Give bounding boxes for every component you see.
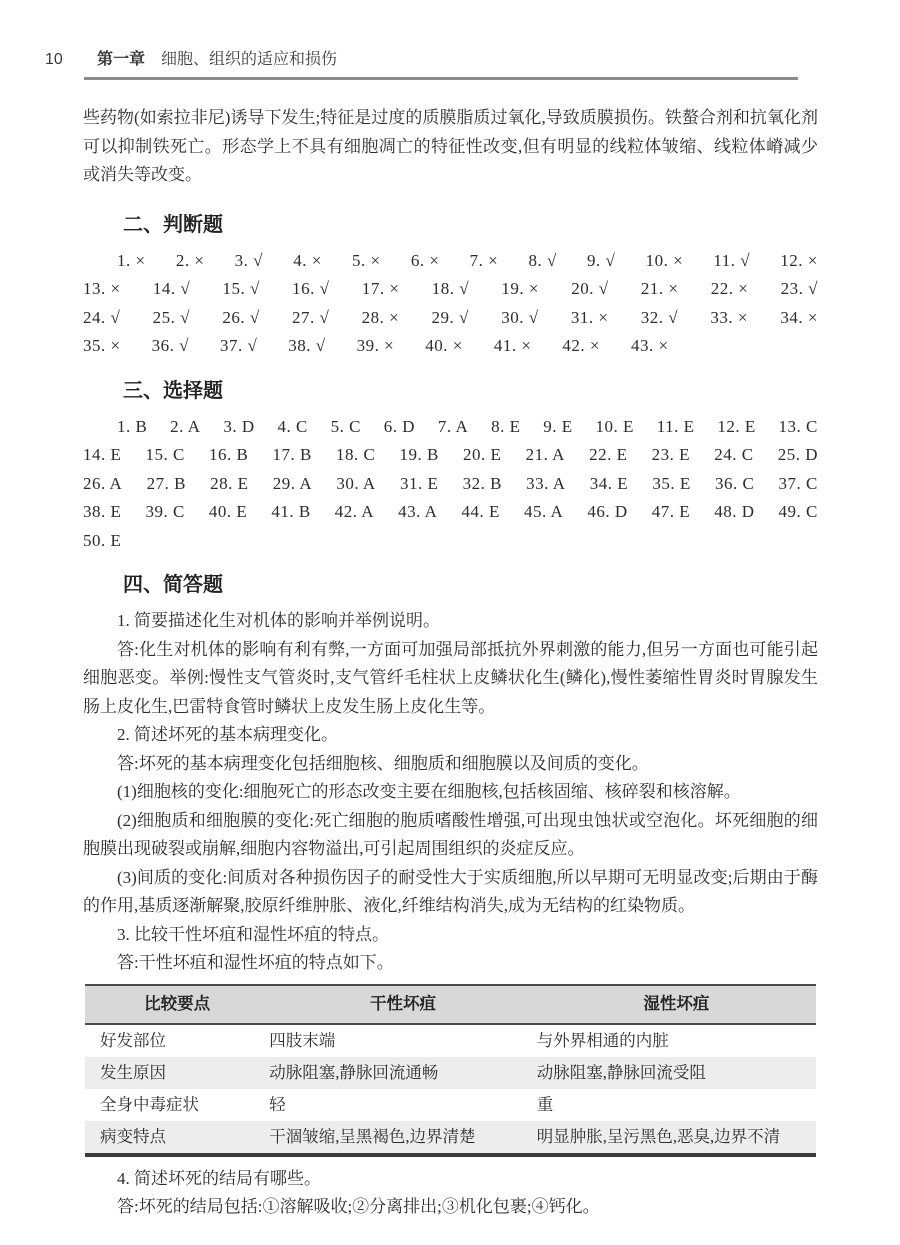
choice-answers-line-5: 50. E (83, 527, 818, 556)
choice-answer: 37. C (779, 470, 818, 499)
judgment-answer: 5. × (352, 247, 381, 276)
choice-answer: 40. E (209, 498, 247, 527)
judgment-answer: 35. × (83, 332, 121, 361)
choice-answer: 44. E (462, 498, 500, 527)
judgment-answer: 9. √ (587, 247, 615, 276)
choice-answer: 20. E (463, 441, 501, 470)
judgment-answer: 3. √ (235, 247, 263, 276)
table-cell-compare-point: 病变特点 (85, 1121, 269, 1153)
choice-answer: 41. B (271, 498, 310, 527)
choice-answer: 32. B (463, 470, 502, 499)
choice-answers-line-2: 14. E15. C16. B17. B18. C19. B20. E21. A… (83, 441, 818, 470)
judgment-answer: 25. √ (153, 304, 190, 333)
choice-answer: 7. A (438, 413, 468, 442)
choice-answer: 11. E (657, 413, 695, 442)
judgment-answer: 24. √ (83, 304, 120, 333)
judgment-answer: 17. × (362, 275, 400, 304)
choice-answer: 21. A (526, 441, 565, 470)
table-row: 全身中毒症状 轻 重 (85, 1089, 816, 1121)
judgment-answer: 20. √ (571, 275, 608, 304)
choice-answer: 34. E (590, 470, 628, 499)
header-rule (84, 77, 798, 80)
judgment-answer: 22. × (711, 275, 749, 304)
table-header-cell: 湿性坏疽 (537, 986, 816, 1023)
table-row: 病变特点 干涸皱缩,呈黑褐色,边界清楚 明显肿胀,呈污黑色,恶臭,边界不清 (85, 1121, 816, 1153)
choice-answer: 2. A (170, 413, 200, 442)
qa-paragraph: 4. 简述坏死的结局有哪些。 (83, 1165, 818, 1194)
choice-answer: 25. D (778, 441, 818, 470)
choice-answer: 30. A (336, 470, 375, 499)
qa-paragraph: 答:坏死的结局包括:①溶解吸收;②分离排出;③机化包裹;④钙化。 (83, 1193, 818, 1222)
choice-answer: 24. C (714, 441, 753, 470)
judgment-answer: 26. √ (222, 304, 259, 333)
choice-answer: 13. C (779, 413, 818, 442)
choice-answers-line-1: 1. B2. A3. D4. C5. C6. D7. A8. E9. E10. … (83, 413, 818, 442)
judgment-answer: 4. × (293, 247, 322, 276)
qa-paragraph: 答:坏死的基本病理变化包括细胞核、细胞质和细胞膜以及间质的变化。 (83, 750, 818, 779)
choice-answer: 10. E (596, 413, 634, 442)
judgment-answer: 27. √ (292, 304, 329, 333)
table-row: 好发部位 四肢末端 与外界相通的内脏 (85, 1025, 816, 1057)
judgment-answer: 12. × (780, 247, 818, 276)
judgment-answer: 36. √ (152, 332, 189, 361)
choice-answers-line-3: 26. A27. B28. E29. A30. A31. E32. B33. A… (83, 470, 818, 499)
choice-answer: 15. C (146, 441, 185, 470)
short-answer-block-after-table: 4. 简述坏死的结局有哪些。答:坏死的结局包括:①溶解吸收;②分离排出;③机化包… (83, 1165, 818, 1222)
page-number: 10 (45, 50, 75, 70)
choice-answer: 14. E (83, 441, 121, 470)
table-cell-dry-gangrene: 轻 (269, 1089, 537, 1121)
choice-answer: 35. E (652, 470, 690, 499)
qa-paragraph: 2. 简述坏死的基本病理变化。 (83, 721, 818, 750)
choice-answer: 18. C (336, 441, 375, 470)
choice-answer: 46. D (587, 498, 627, 527)
judgment-answer: 8. √ (528, 247, 556, 276)
judgment-answer: 40. × (425, 332, 463, 361)
choice-answer: 43. A (398, 498, 437, 527)
judgment-answer: 38. √ (288, 332, 325, 361)
choice-answer: 3. D (223, 413, 254, 442)
page-content: 些药物(如索拉非尼)诱导下发生;特征是过度的质膜脂质过氧化,导致质膜损伤。铁螯合… (83, 104, 818, 1222)
judgment-answer: 14. √ (153, 275, 190, 304)
judgment-answers-line-1: 1. ×2. ×3. √4. ×5. ×6. ×7. ×8. √9. √10. … (83, 247, 818, 276)
judgment-answer: 32. √ (641, 304, 678, 333)
choice-answer: 27. B (147, 470, 186, 499)
table-header-cell: 比较要点 (85, 986, 269, 1023)
chapter-title: 细胞、组织的适应和损伤 (161, 50, 337, 70)
choice-answer: 1. B (117, 413, 147, 442)
choice-answer: 8. E (491, 413, 520, 442)
choice-answer: 26. A (83, 470, 122, 499)
choice-answer: 23. E (652, 441, 690, 470)
judgment-answer: 10. × (646, 247, 684, 276)
judgment-answer: 29. √ (432, 304, 469, 333)
table-cell-dry-gangrene: 动脉阻塞,静脉回流通畅 (269, 1057, 537, 1089)
table-cell-compare-point: 发生原因 (85, 1057, 269, 1089)
judgment-answer: 1. × (117, 247, 146, 276)
judgment-answers-line-4: 35. ×36. √37. √38. √39. ×40. ×41. ×42. ×… (83, 332, 818, 361)
choice-answer: 5. C (331, 413, 361, 442)
choice-answer: 45. A (524, 498, 563, 527)
judgment-answer: 7. × (470, 247, 499, 276)
page-header: 10 第一章 细胞、组织的适应和损伤 (45, 50, 820, 70)
textbook-page: 10 第一章 细胞、组织的适应和损伤 些药物(如索拉非尼)诱导下发生;特征是过度… (0, 0, 900, 1222)
judgment-answer: 16. √ (292, 275, 329, 304)
intro-paragraph: 些药物(如索拉非尼)诱导下发生;特征是过度的质膜脂质过氧化,导致质膜损伤。铁螯合… (83, 104, 818, 190)
choice-answer: 42. A (335, 498, 374, 527)
judgment-answers-line-3: 24. √25. √26. √27. √28. ×29. √30. √31. ×… (83, 304, 818, 333)
table-cell-dry-gangrene: 干涸皱缩,呈黑褐色,边界清楚 (269, 1121, 537, 1153)
judgment-answer: 23. √ (781, 275, 818, 304)
section-heading-choice: 三、选择题 (83, 378, 818, 404)
short-answer-block-before-table: 1. 简要描述化生对机体的影响并举例说明。答:化生对机体的影响有利有弊,一方面可… (83, 607, 818, 978)
judgment-answer: 21. × (641, 275, 679, 304)
judgment-answers-line-2: 13. ×14. √15. √16. √17. ×18. √19. ×20. √… (83, 275, 818, 304)
judgment-answer: 37. √ (220, 332, 257, 361)
judgment-answer: 11. √ (713, 247, 750, 276)
table-cell-wet-gangrene: 重 (537, 1089, 816, 1121)
choice-answer: 50. E (83, 527, 121, 556)
judgment-answer: 13. × (83, 275, 121, 304)
table-cell-compare-point: 好发部位 (85, 1025, 269, 1057)
qa-paragraph: 答:干性坏疽和湿性坏疽的特点如下。 (83, 949, 818, 978)
table-cell-wet-gangrene: 动脉阻塞,静脉回流受阻 (537, 1057, 816, 1089)
choice-answer: 9. E (543, 413, 572, 442)
gangrene-comparison-table: 比较要点干性坏疽湿性坏疽 好发部位 四肢末端 与外界相通的内脏 发生原因 动脉阻… (85, 984, 816, 1157)
judgment-answer: 15. √ (223, 275, 260, 304)
judgment-answer: 31. × (571, 304, 609, 333)
choice-answer: 16. B (209, 441, 248, 470)
choice-answer: 28. E (210, 470, 248, 499)
choice-answer: 38. E (83, 498, 121, 527)
qa-paragraph: 1. 简要描述化生对机体的影响并举例说明。 (83, 607, 818, 636)
choice-answer: 19. B (400, 441, 439, 470)
choice-answer: 17. B (273, 441, 312, 470)
choice-answer: 49. C (779, 498, 818, 527)
table-cell-dry-gangrene: 四肢末端 (269, 1025, 537, 1057)
table-cell-wet-gangrene: 与外界相通的内脏 (537, 1025, 816, 1057)
choice-answer: 12. E (717, 413, 755, 442)
chapter-label: 第一章 (97, 50, 145, 70)
judgment-answer: 2. × (176, 247, 205, 276)
judgment-answer: 18. √ (432, 275, 469, 304)
choice-answer: 48. D (714, 498, 754, 527)
qa-paragraph: 答:化生对机体的影响有利有弊,一方面可加强局部抵抗外界刺激的能力,但另一方面也可… (83, 636, 818, 722)
judgment-answer: 28. × (362, 304, 400, 333)
choice-answer: 39. C (145, 498, 184, 527)
section-heading-short-answer: 四、简答题 (83, 572, 818, 598)
table-body: 好发部位 四肢末端 与外界相通的内脏 发生原因 动脉阻塞,静脉回流通畅 动脉阻塞… (85, 1025, 816, 1153)
qa-paragraph: 3. 比较干性坏疽和湿性坏疽的特点。 (83, 921, 818, 950)
qa-paragraph: (2)细胞质和细胞膜的变化:死亡细胞的胞质嗜酸性增强,可出现虫蚀状或空泡化。坏死… (83, 807, 818, 864)
qa-paragraph: (1)细胞核的变化:细胞死亡的形态改变主要在细胞核,包括核固缩、核碎裂和核溶解。 (83, 778, 818, 807)
judgment-answer: 43. × (631, 332, 669, 361)
choice-answer: 22. E (589, 441, 627, 470)
choice-answer: 6. D (384, 413, 415, 442)
choice-answer: 36. C (715, 470, 754, 499)
choice-answer: 33. A (526, 470, 565, 499)
table-header-row: 比较要点干性坏疽湿性坏疽 (85, 986, 816, 1025)
choice-answer: 29. A (273, 470, 312, 499)
judgment-answer: 39. × (357, 332, 395, 361)
judgment-answer: 33. × (710, 304, 748, 333)
judgment-answer: 30. √ (501, 304, 538, 333)
table-header-cell: 干性坏疽 (269, 986, 537, 1023)
judgment-answer: 6. × (411, 247, 440, 276)
judgment-answer: 34. × (780, 304, 818, 333)
choice-answers-line-4: 38. E39. C40. E41. B42. A43. A44. E45. A… (83, 498, 818, 527)
choice-answer: 31. E (400, 470, 438, 499)
choice-answer: 4. C (277, 413, 307, 442)
section-heading-judgment: 二、判断题 (83, 212, 818, 238)
table-row: 发生原因 动脉阻塞,静脉回流通畅 动脉阻塞,静脉回流受阻 (85, 1057, 816, 1089)
table-cell-compare-point: 全身中毒症状 (85, 1089, 269, 1121)
table-cell-wet-gangrene: 明显肿胀,呈污黑色,恶臭,边界不清 (537, 1121, 816, 1153)
judgment-answer: 19. × (501, 275, 539, 304)
judgment-answer: 42. × (562, 332, 600, 361)
qa-paragraph: (3)间质的变化:间质对各种损伤因子的耐受性大于实质细胞,所以早期可无明显改变;… (83, 864, 818, 921)
judgment-answer: 41. × (494, 332, 532, 361)
choice-answer: 47. E (652, 498, 690, 527)
